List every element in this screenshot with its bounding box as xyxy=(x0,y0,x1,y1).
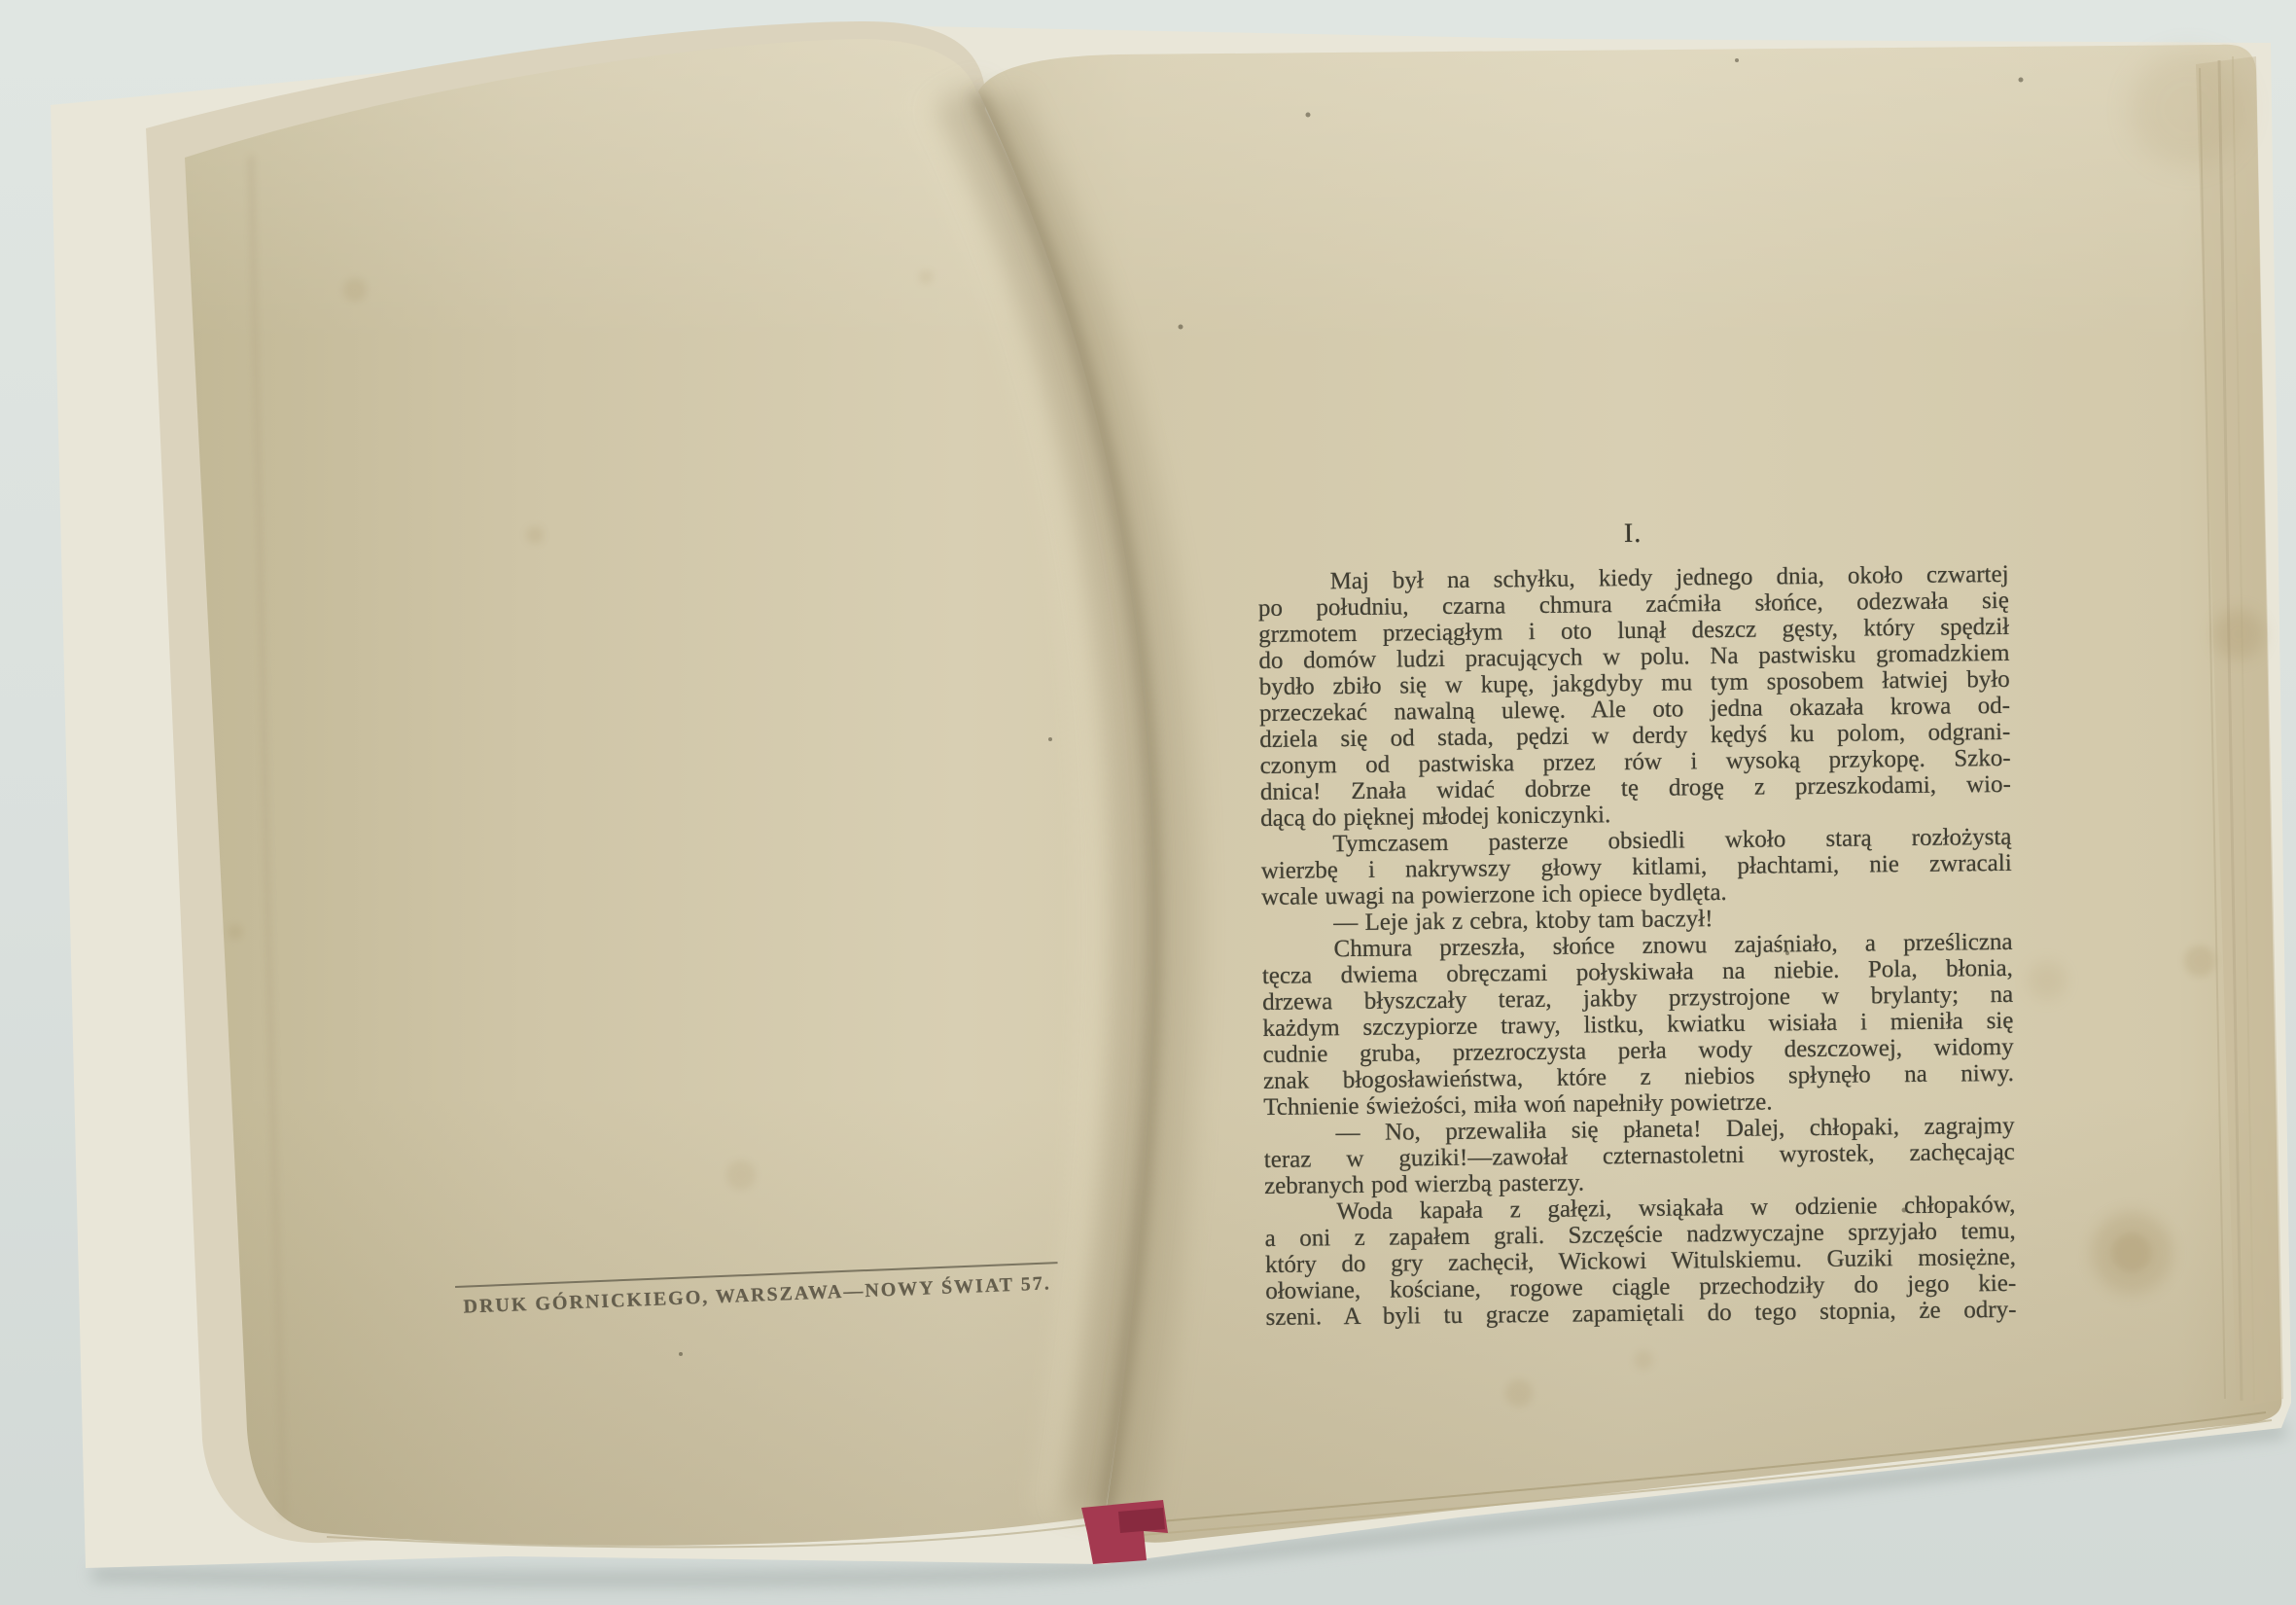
text-lines: Maj był na schyłku, kiedy jednego dnia, … xyxy=(1257,561,2016,1331)
book-photo: I. Maj był na schyłku, kiedy jednego dni… xyxy=(0,0,2296,1605)
right-page-text: I. Maj był na schyłku, kiedy jednego dni… xyxy=(1257,516,2017,1331)
bookmark-ribbon-shadow xyxy=(1118,1508,1165,1533)
